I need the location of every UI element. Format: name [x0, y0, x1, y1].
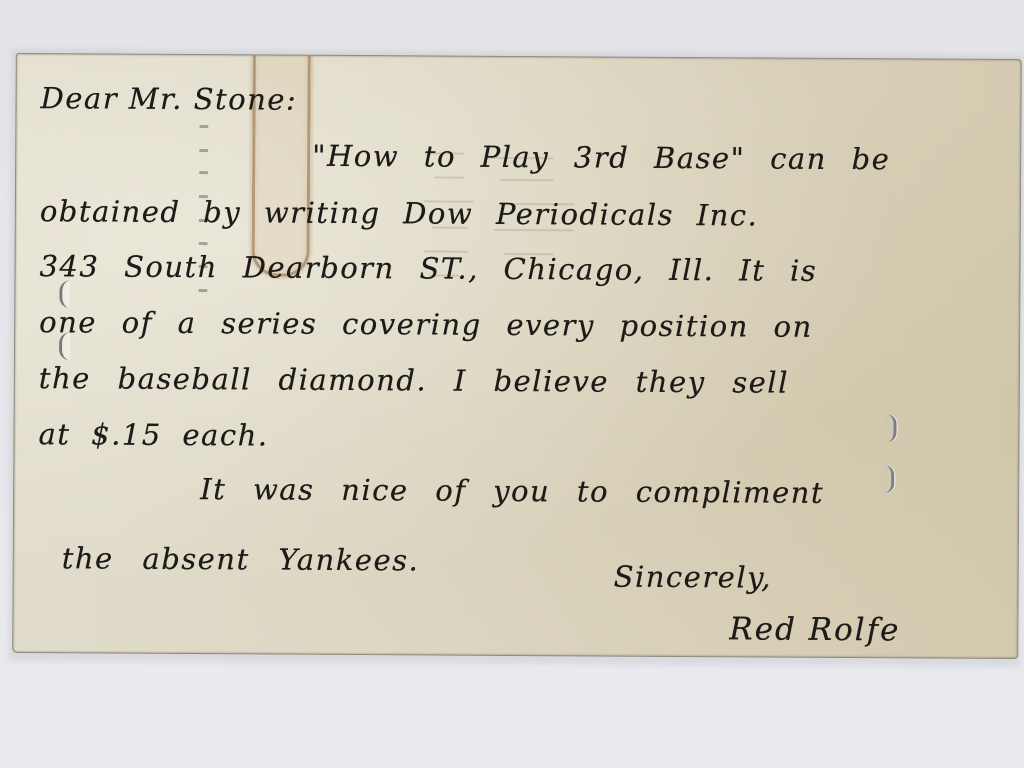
body-line-6: at $.15 each.: [38, 420, 268, 450]
bleed-line: [499, 179, 554, 181]
bleed-line: [434, 176, 464, 178]
dash-mark: [198, 289, 207, 292]
staple-upper: [886, 414, 896, 442]
hole-upper: [59, 280, 70, 308]
postcard: Dear Mr. Stone: "How to Play 3rd Base" c…: [12, 53, 1022, 659]
dash-mark: [199, 125, 208, 128]
dash-mark: [199, 242, 208, 245]
body-line-3: 343 South Dearborn ST., Chicago, Ill. It…: [39, 252, 817, 286]
body-line-1: "How to Play 3rd Base" can be: [312, 142, 890, 175]
salutation: Dear Mr. Stone:: [40, 84, 297, 115]
body-line-8: the absent Yankees.: [62, 544, 420, 575]
dash-mark: [199, 149, 208, 152]
closing: Sincerely,: [614, 563, 772, 593]
body-line-2: obtained by writing Dow Periodicals Inc.: [40, 197, 759, 230]
body-line-5: the baseball diamond. I believe they sel…: [39, 364, 789, 398]
dash-mark: [199, 171, 208, 174]
body-line-4: one of a series covering every position …: [39, 308, 813, 342]
body-line-7: It was nice of you to compliment: [200, 475, 824, 508]
signature: Red Rolfe: [729, 614, 900, 646]
staple-lower: [884, 465, 894, 493]
